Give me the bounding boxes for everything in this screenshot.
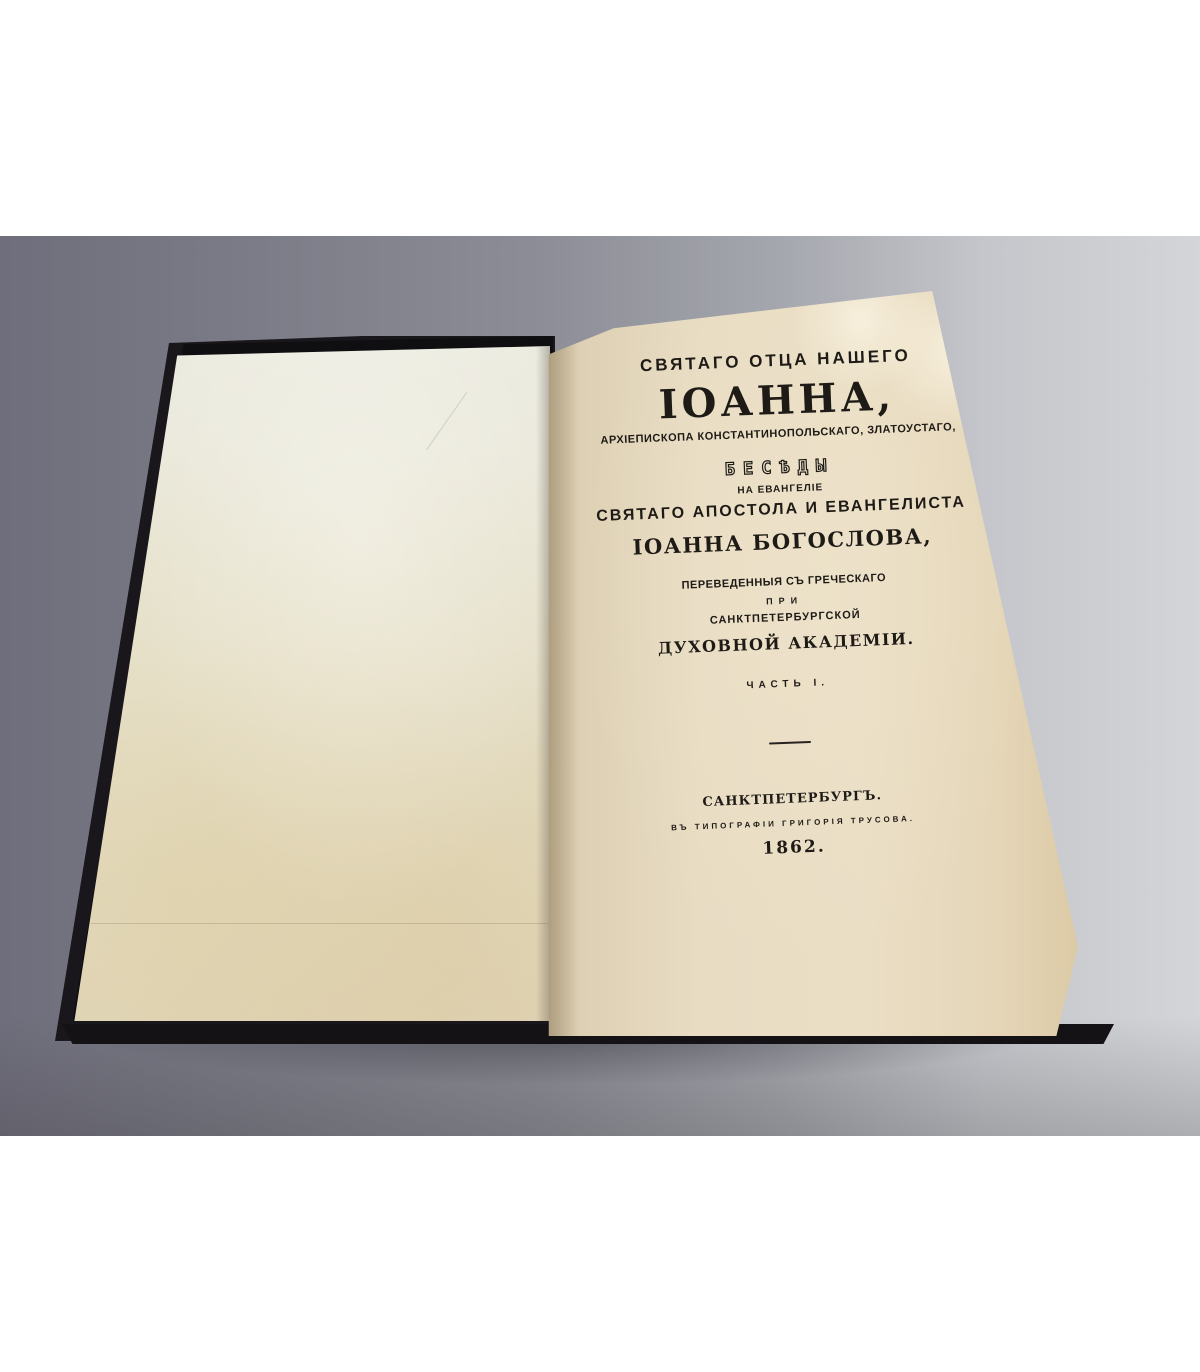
title-academy: ДУХОВНОЙ АКАДЕМІИ.	[571, 626, 1001, 661]
imprint-city: САНКТПЕТЕРБУРГЪ.	[577, 783, 1007, 814]
title-rule-divider	[769, 741, 811, 745]
gutter-shadow	[536, 346, 550, 1021]
endpaper-fold-line	[91, 923, 550, 924]
book-photo: СВЯТАГО ОТЦА НАШЕГО ІОАННА, АРХІЕПИСКОПА…	[0, 236, 1200, 1136]
title-page-text: СВЯТАГО ОТЦА НАШЕГО ІОАННА, АРХІЕПИСКОПА…	[560, 343, 1009, 866]
title-volume: ЧАСТЬ I.	[573, 671, 1003, 698]
title-subject-name: ІОАННА БОГОСЛОВА,	[567, 521, 998, 562]
